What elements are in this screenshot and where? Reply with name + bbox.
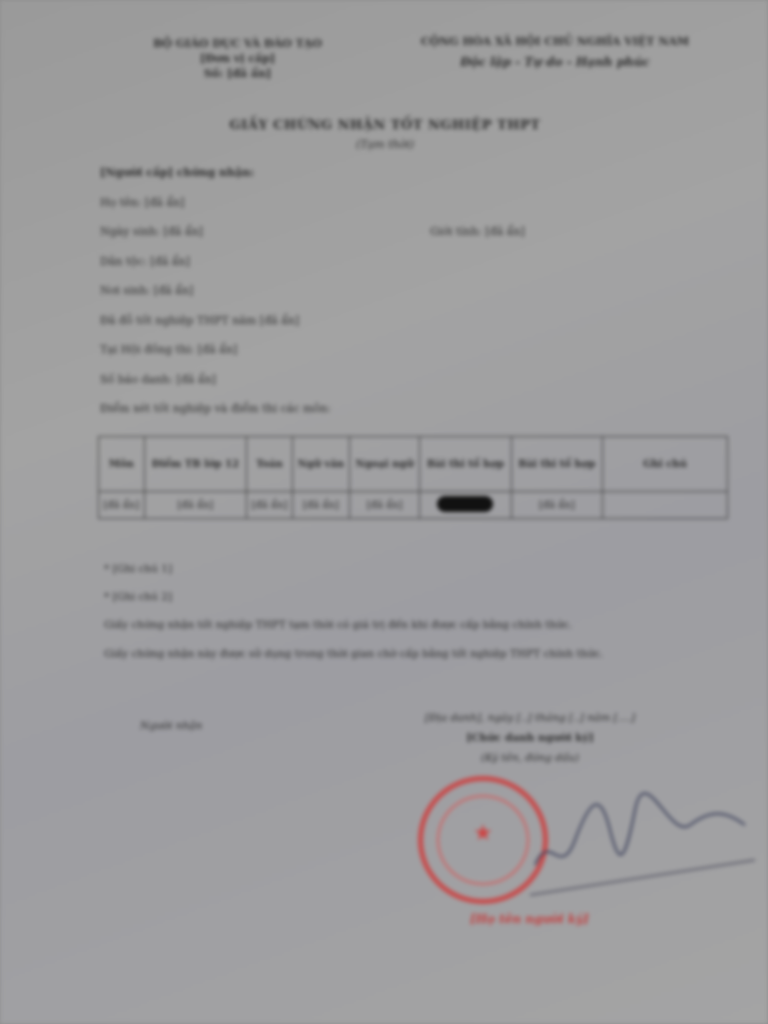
scores-table: Môn Điểm TB lớp 12 Toán Ngữ văn Ngoại ng…: [98, 436, 728, 519]
field-candidate-no: Số báo danh: [đã ẩn]: [100, 372, 720, 402]
signature-scribble: [530, 770, 760, 900]
notes: * [Ghi chú 1] * [Ghi chú 2] Giấy chứng n…: [104, 555, 704, 669]
signer-name: [Họ tên người ký]: [470, 912, 589, 926]
recipient-label: Người nhận: [140, 720, 202, 732]
redaction-mark: [437, 496, 493, 512]
document-subtitle: (Tạm thời): [160, 138, 610, 151]
field-scores-intro: Điểm xét tốt nghiệp và điểm thi các môn:: [100, 401, 720, 431]
signature-block: [Địa danh], ngày [..] tháng [..] năm [..…: [400, 708, 660, 768]
field-intro: [Người cấp] chứng nhận:: [100, 165, 720, 195]
field-passed: Đã đỗ tốt nghiệp THPT năm [đã ẩn]: [100, 313, 720, 343]
redacted-cell: [420, 492, 511, 519]
field-ethnicity: Dân tộc: [đã ẩn]: [100, 254, 720, 284]
table-row: [đã ẩn] [đã ẩn] [đã ẩn] [đã ẩn] [đã ẩn] …: [99, 492, 728, 519]
field-name: Họ tên: [đã ẩn]: [100, 195, 720, 225]
official-stamp: ★: [418, 776, 548, 904]
issuer-header: BỘ GIÁO DỤC VÀ ĐÀO TẠO [Đơn vị cấp] Số: …: [95, 36, 380, 81]
field-dob: Ngày sinh: [đã ẩn] Giới tính: [đã ẩn]: [100, 224, 720, 254]
document-title: GIẤY CHỨNG NHẬN TỐT NGHIỆP THPT: [160, 118, 610, 133]
field-birthplace: Nơi sinh: [đã ẩn]: [100, 283, 720, 313]
field-council: Tại Hội đồng thi: [đã ẩn]: [100, 342, 720, 372]
field-gender: Giới tính: [đã ẩn]: [430, 224, 525, 240]
certificate-document: BỘ GIÁO DỤC VÀ ĐÀO TẠO [Đơn vị cấp] Số: …: [0, 0, 768, 1024]
table-header-row: Môn Điểm TB lớp 12 Toán Ngữ văn Ngoại ng…: [99, 437, 728, 492]
certificate-fields: [Người cấp] chứng nhận: Họ tên: [đã ẩn] …: [100, 165, 720, 431]
national-header: CỘNG HÒA XÃ HỘI CHỦ NGHĨA VIỆT NAM Độc l…: [400, 34, 710, 70]
star-icon: ★: [423, 821, 543, 846]
